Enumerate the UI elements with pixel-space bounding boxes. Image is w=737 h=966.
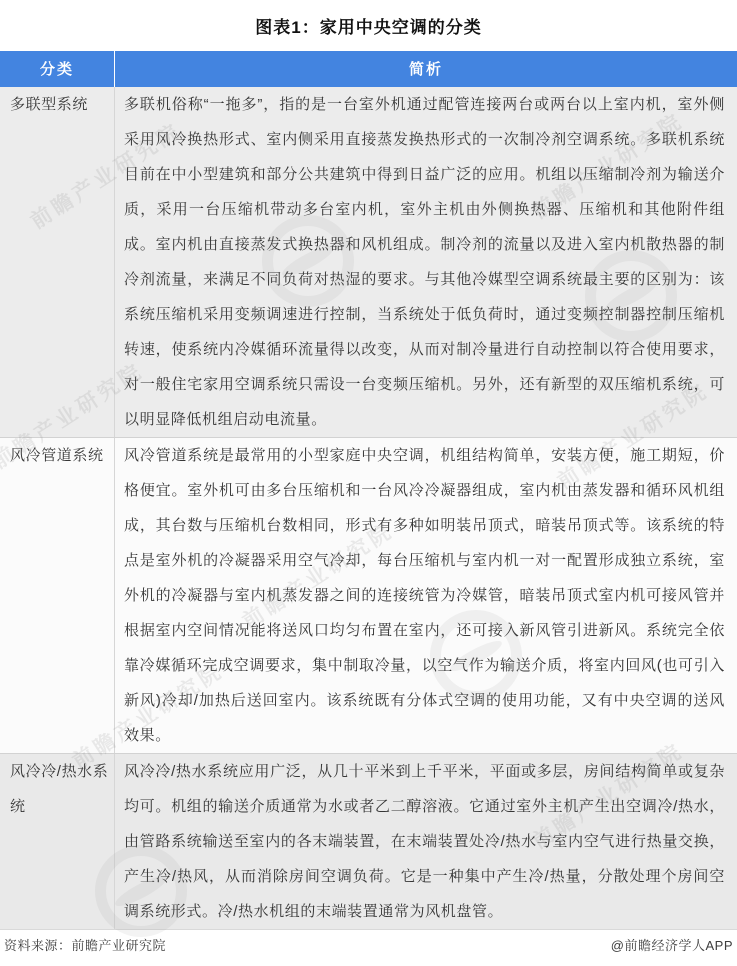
category-cell: 风冷管道系统 bbox=[0, 438, 115, 753]
analysis-cell: 风冷冷/热水系统应用广泛，从几十平米到上千平米，平面或多层，房间结构简单或复杂均… bbox=[115, 754, 737, 929]
table-row: 多联型系统 多联机俗称“一拖多”，指的是一台室外机通过配管连接两台或两台以上室内… bbox=[0, 87, 737, 437]
analysis-cell: 多联机俗称“一拖多”，指的是一台室外机通过配管连接两台或两台以上室内机，室外侧采… bbox=[115, 87, 737, 437]
table-row: 风冷管道系统 风冷管道系统是最常用的小型家庭中央空调，机组结构简单，安装方便，施… bbox=[0, 437, 737, 753]
category-cell: 风冷冷/热水系统 bbox=[0, 754, 115, 929]
column-header-category: 分类 bbox=[0, 51, 115, 87]
figure-page: 前瞻产业研究院 前瞻产业研究院 前瞻产业研究院 前瞻产业研究院 前瞻产业研究院 … bbox=[0, 0, 737, 966]
analysis-cell: 风冷管道系统是最常用的小型家庭中央空调，机组结构简单，安装方便，施工期短，价格便… bbox=[115, 438, 737, 753]
table-header-row: 分类 简析 bbox=[0, 51, 737, 87]
figure-title: 图表1：家用中央空调的分类 bbox=[0, 13, 737, 38]
figure-footer: 资料来源：前瞻产业研究院 @前瞻经济学人APP bbox=[4, 935, 733, 954]
column-header-analysis: 简析 bbox=[115, 51, 737, 87]
category-cell: 多联型系统 bbox=[0, 87, 115, 437]
source-note: 资料来源：前瞻产业研究院 bbox=[4, 935, 166, 954]
credit-note: @前瞻经济学人APP bbox=[611, 935, 733, 954]
table-row: 风冷冷/热水系统 风冷冷/热水系统应用广泛，从几十平米到上千平米，平面或多层，房… bbox=[0, 753, 737, 929]
classification-table: 分类 简析 多联型系统 多联机俗称“一拖多”，指的是一台室外机通过配管连接两台或… bbox=[0, 51, 737, 930]
